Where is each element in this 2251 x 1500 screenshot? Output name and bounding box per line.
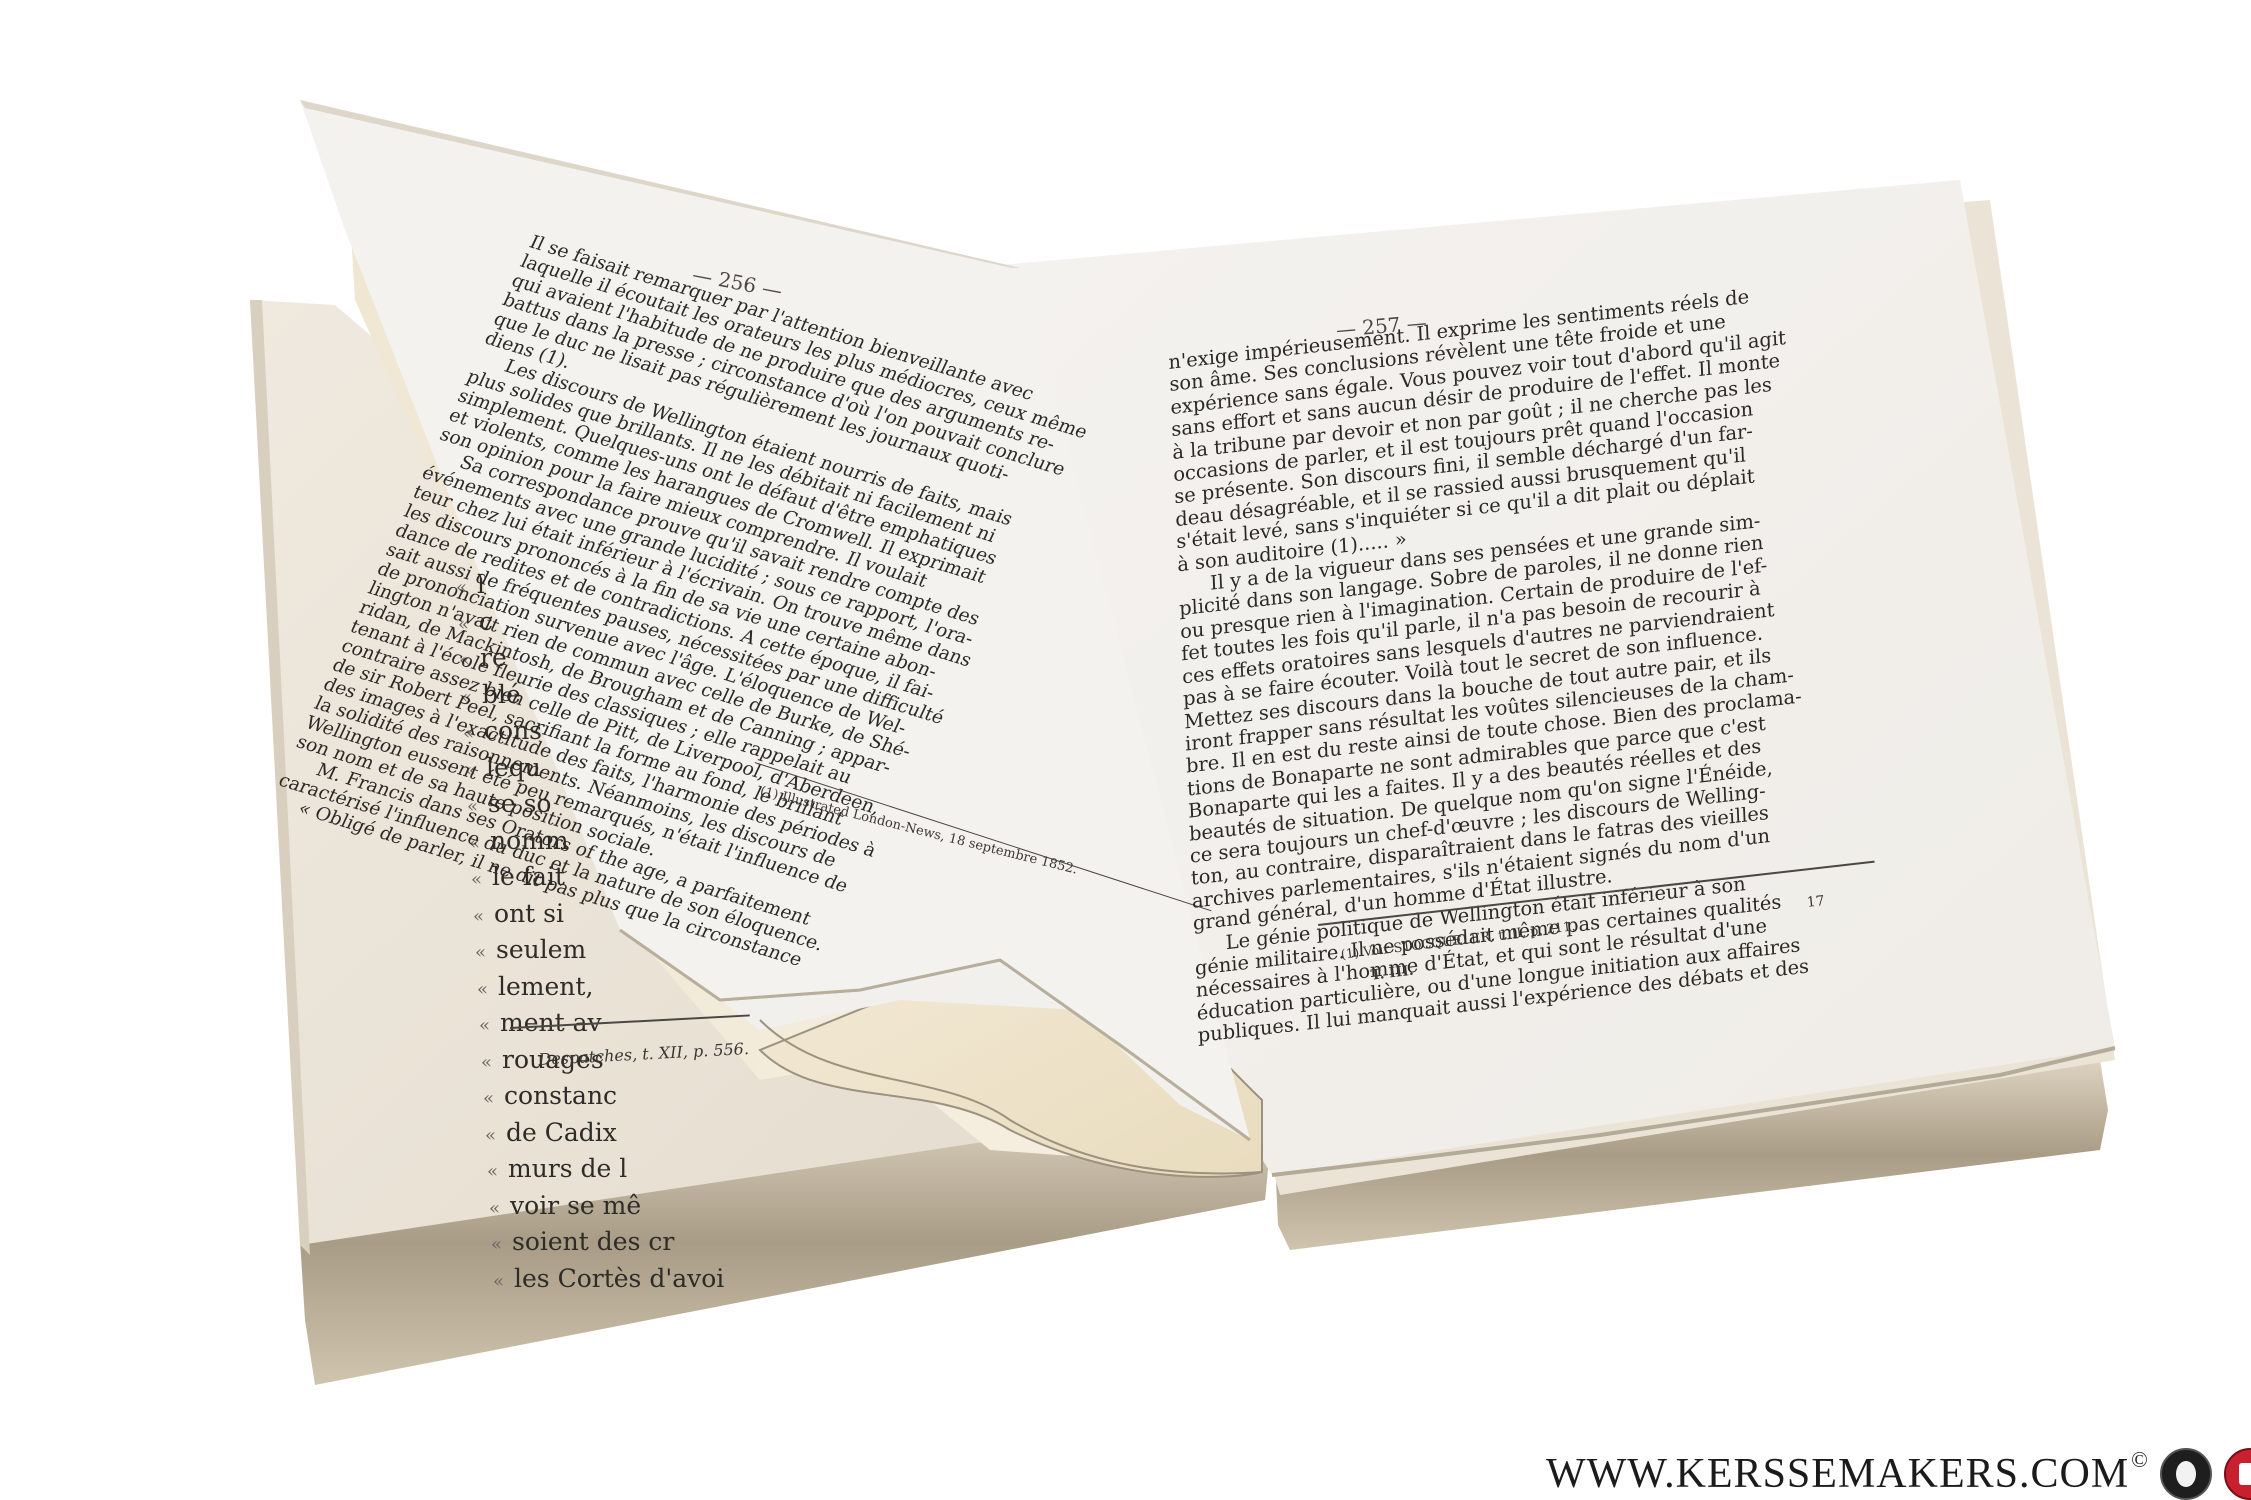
book-photograph: «l «c «re «blé «cons «lequ «se so «nomm … — [0, 0, 2251, 1500]
watermark: WWW.KERSSEMAKERS.COM © — [1546, 1448, 2251, 1500]
copyright-icon: © — [2131, 1447, 2148, 1473]
gathering-number: 17 — [1806, 893, 1825, 911]
antiquarian-seal-icon — [2160, 1448, 2212, 1500]
amor-librorum-seal-icon — [2224, 1448, 2251, 1500]
website-text: WWW.KERSSEMAKERS.COM — [1546, 1450, 2129, 1498]
